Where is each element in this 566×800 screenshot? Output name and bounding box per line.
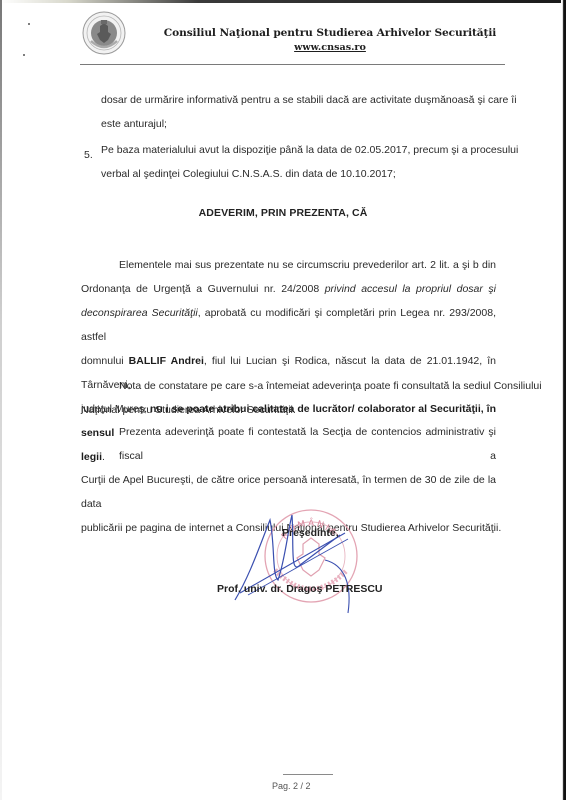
text-line: Prezenta adeverinţă poate fi contestată …: [81, 420, 496, 468]
list-item-continuation: dosar de urmărire informativă pentru a s…: [101, 88, 491, 136]
law-title-italic: privind accesul la propriul dosar şi: [325, 283, 496, 295]
scan-right-edge: [561, 0, 566, 800]
paragraph-consultation: Nota de constatare pe care s-a întemeiat…: [81, 374, 496, 422]
text-span: Ordonanţa de Urgenţă a Guvernului nr. 24…: [81, 283, 325, 295]
text-line: Naţional pentru Studierea Arhivelor Secu…: [81, 398, 496, 422]
scan-speck: [28, 23, 30, 25]
handwritten-signature-icon: [230, 505, 370, 615]
institution-website[interactable]: www.cnsas.ro: [120, 42, 540, 53]
scan-top-edge: [0, 0, 566, 3]
text-line: Elementele mai sus prezentate nu se circ…: [81, 253, 496, 277]
list-number: 5.: [84, 149, 93, 161]
scan-speck: [23, 54, 25, 56]
signatory-title: Preşedinte,: [282, 527, 339, 539]
text-line: deconspirarea Securităţii, aprobată cu m…: [81, 301, 496, 349]
website-link[interactable]: www.cnsas.ro: [294, 42, 366, 53]
scan-left-edge: [0, 0, 2, 800]
footer-divider: [283, 774, 333, 775]
header-divider: [80, 64, 505, 65]
text-line: Ordonanţa de Urgenţă a Guvernului nr. 24…: [81, 277, 496, 301]
page-number: Pag. 2 / 2: [272, 781, 311, 791]
law-title-italic: deconspirarea Securităţii: [81, 307, 198, 319]
text-span: domnului: [81, 355, 129, 367]
certification-heading: ADEVERIM, PRIN PREZENTA, CĂ: [0, 207, 566, 219]
person-name: BALLIF Andrei: [129, 355, 204, 367]
signatory-name: Prof. univ. dr. Dragoş PETRESCU: [217, 583, 383, 595]
text-line: Nota de constatare pe care s-a întemeiat…: [81, 374, 496, 398]
list-item-5: Pe baza materialului avut la dispoziţie …: [101, 138, 496, 186]
text-line: Pe baza materialului avut la dispoziţie …: [101, 138, 496, 162]
text-line: dosar de urmărire informativă pentru a s…: [101, 88, 491, 112]
text-line: verbal al şedinţei Colegiului C.N.S.A.S.…: [101, 162, 496, 186]
institution-name: Consiliul Naţional pentru Studierea Arhi…: [120, 27, 540, 39]
text-line: este anturajul;: [101, 112, 491, 136]
